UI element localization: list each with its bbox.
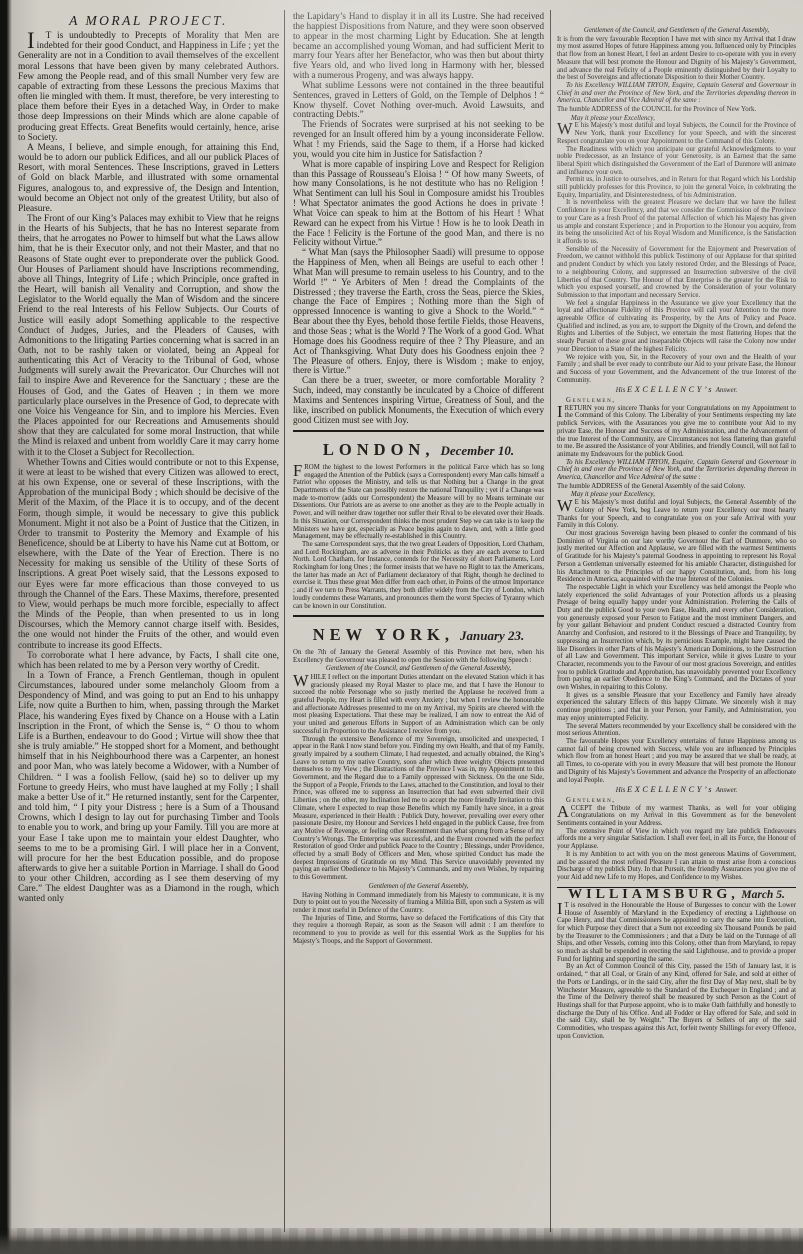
essay-continuation: the Lapidary’s Hand to display it in all…	[293, 12, 544, 425]
paragraph: Permit us, in Justice to ourselves, and …	[557, 176, 796, 199]
paragraph: Through the extensive Beneficence of my …	[293, 736, 544, 882]
humble-address-assembly: The humble ADDRESS of the General Assemb…	[557, 483, 796, 491]
assembly-intro: On the 7th of January the General Assemb…	[293, 649, 544, 664]
column-divider-left	[284, 10, 285, 1232]
paragraph: What is more capable of inspiring Love a…	[293, 160, 544, 249]
drop-cap: A	[557, 805, 571, 819]
dateline-new-york: NEW YORK, January 23.	[293, 620, 544, 647]
column-divider-right	[550, 10, 551, 1232]
drop-cap: I	[557, 902, 565, 916]
column-left: A MORAL PROJECT. IT is undoubtedly to Pr…	[18, 14, 279, 1226]
paragraph: To corroborate what I here advance, by F…	[18, 651, 279, 671]
paragraph: the Lapidary’s Hand to display it in all…	[293, 12, 544, 81]
speech-salutation: Gentlemen of the Council, and Gentlemen …	[293, 665, 544, 673]
section-rule	[293, 615, 544, 617]
dateline-williamsburg: WILLIAMSBURG, March 5.	[557, 891, 796, 900]
paragraph: It is nevertheless with the greatest Ple…	[557, 199, 796, 245]
dateline-london: LONDON, December 10.	[293, 435, 544, 462]
paragraph: The Readiness with which you anticipate …	[557, 146, 796, 177]
section-rule	[293, 430, 544, 432]
speech-salutation: Gentlemen of the General Assembly,	[293, 883, 544, 891]
excellency-answer-heading: His EXCELLENCY’s Answer.	[557, 786, 796, 795]
new-york-news: On the 7th of January the General Assemb…	[293, 649, 544, 946]
newspaper-page: A MORAL PROJECT. IT is undoubtedly to Pr…	[0, 0, 803, 1254]
column-right: Gentlemen of the Council, and Gentlemen …	[557, 26, 796, 1230]
drop-cap: F	[293, 464, 304, 478]
paragraph: It is from the very favourable Reception…	[557, 36, 796, 82]
paragraph: It is my Ambition to act with you on the…	[557, 851, 796, 882]
paragraph: WE his Majesty’s most dutiful and loyal …	[557, 122, 796, 145]
gentlemen-salutation: Gentlemen,	[557, 397, 796, 405]
paragraph: IT is undoubtedly to Precepts of Moralit…	[18, 31, 279, 143]
tryon-address-heading: To his Excellency WILLIAM TRYON, Esquire…	[557, 459, 796, 482]
paragraph: The Front of our King’s Palaces may exhi…	[18, 214, 279, 458]
paragraph: We feel a singular Happiness in the Assu…	[557, 300, 796, 354]
paragraph: WE his Majesty’s most dutiful and loyal …	[557, 499, 796, 530]
paragraph: WHILE I reflect on the important Duties …	[293, 674, 544, 736]
drop-cap: W	[557, 122, 575, 136]
paragraph: IT is resolved in the Honourable the Hou…	[557, 902, 796, 964]
excellency-answer-heading: His EXCELLENCY’s Answer.	[557, 386, 796, 395]
paragraph: By an Act of Common Council of this City…	[557, 963, 796, 1040]
paragraph: Can there be a truer, sweeter, or more c…	[293, 376, 544, 425]
humble-address-council: The humble ADDRESS of the COUNCIL for th…	[557, 106, 796, 114]
paragraph: ACCEPT the Tribute of my warmest Thanks,…	[557, 805, 796, 828]
paragraph: Having Nothing in Command immediately fr…	[293, 892, 544, 915]
paragraph: What sublime Lessons were not contained …	[293, 81, 544, 120]
drop-cap: W	[557, 499, 575, 513]
paragraph: The extensive Point of View in which you…	[557, 828, 796, 851]
paragraph: We rejoice with you, Sir, in the Recover…	[557, 354, 796, 385]
paragraph: The favourable Hopes your Excellency ent…	[557, 738, 796, 784]
scan-edge-bottom	[0, 1228, 803, 1254]
paragraph: FROM the highest to the lowest Performer…	[293, 464, 544, 541]
paragraph: The Friends of Socrates were surprised a…	[293, 120, 544, 159]
article-title-moral-project: A MORAL PROJECT.	[18, 16, 279, 26]
drop-cap: I	[18, 31, 37, 50]
drop-cap: I	[557, 405, 565, 419]
paragraph: The Injuries of Time, and Storms, have s…	[293, 915, 544, 946]
paragraph: IRETURN you my sincere Thanks for your C…	[557, 405, 796, 459]
paragraph: The same Correspondent says, that the tw…	[293, 541, 544, 610]
paragraph: “ What Man (says the Philosopher Saadi) …	[293, 248, 544, 376]
paragraph: Whether Towns and Cities would contribut…	[18, 458, 279, 651]
london-news: FROM the highest to the lowest Performer…	[293, 464, 544, 610]
tryon-address-heading: To his Excellency WILLIAM TRYON, Esquire…	[557, 82, 796, 105]
paragraph: It gives us a sensible Pleasure that you…	[557, 692, 796, 723]
scan-edge-left	[0, 0, 12, 1254]
speech-salutation: Gentlemen of the Council, and Gentlemen …	[557, 27, 796, 35]
paragraph: Sensible of the Necessity of Government …	[557, 246, 796, 300]
drop-cap: W	[293, 674, 311, 688]
column-center: the Lapidary’s Hand to display it in all…	[293, 12, 544, 1230]
paragraph: The several Matters recommended by your …	[557, 723, 796, 738]
paragraph: A Means, I believe, and simple enough, f…	[18, 143, 279, 214]
gentlemen-salutation: Gentlemen,	[557, 797, 796, 805]
paragraph: The respectable Light in which your Exce…	[557, 584, 796, 692]
paragraph: Our most gracious Sovereign having been …	[557, 530, 796, 584]
paragraph: In a Town of France, a French Gentleman,…	[18, 671, 279, 905]
